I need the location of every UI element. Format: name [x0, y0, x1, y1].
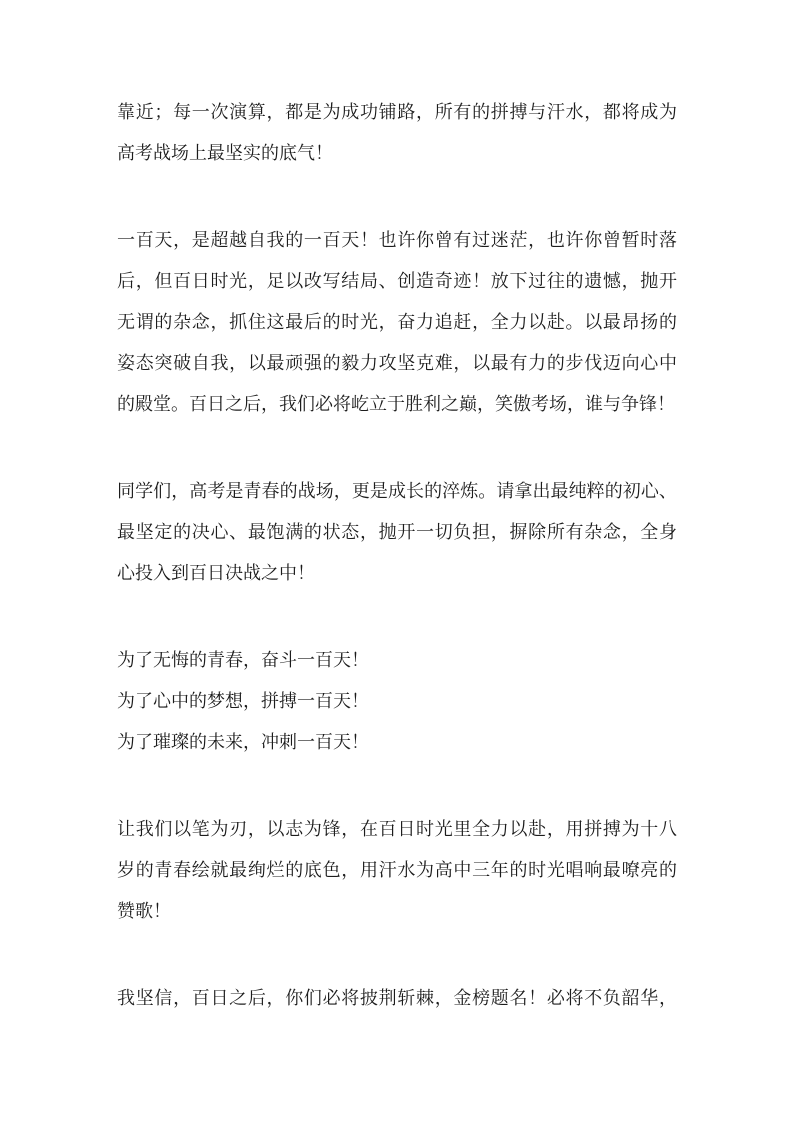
text-line: 无谓的杂念，抓住这最后的时光，奋力追赶，全力以赴。以最昂扬的	[117, 302, 677, 343]
text-line: 岁的青春绘就最绚烂的底色，用汗水为高中三年的时光唱响最嘹亮的	[117, 850, 677, 891]
paragraph-3: 同学们，高考是青春的战场，更是成长的淬炼。请拿出最纯粹的初心、 最坚定的决心、最…	[117, 471, 677, 594]
text-line: 最坚定的决心、最饱满的状态，抛开一切负担，摒除所有杂念，全身	[117, 512, 677, 553]
text-line: 一百天，是超越自我的一百天！也许你曾有过迷茫，也许你曾暂时落	[117, 220, 677, 261]
document-page: 靠近；每一次演算，都是为成功铺路，所有的拼搏与汗水，都将成为 高考战场上最坚实的…	[0, 0, 793, 1122]
text-line: 的殿堂。百日之后，我们必将屹立于胜利之巅，笑傲考场，谁与争锋！	[117, 384, 677, 425]
slogan-line: 为了璀璨的未来，冲刺一百天！	[117, 722, 677, 763]
slogan-line: 为了无悔的青春，奋斗一百天！	[117, 640, 677, 681]
slogan-line: 为了心中的梦想，拼搏一百天！	[117, 681, 677, 722]
text-line: 让我们以笔为刃，以志为锋，在百日时光里全力以赴，用拼搏为十八	[117, 809, 677, 850]
text-line: 心投入到百日决战之中！	[117, 553, 677, 594]
paragraph-2: 一百天，是超越自我的一百天！也许你曾有过迷茫，也许你曾暂时落 后，但百日时光，足…	[117, 220, 677, 425]
document-content: 靠近；每一次演算，都是为成功铺路，所有的拼搏与汗水，都将成为 高考战场上最坚实的…	[117, 92, 677, 1019]
paragraph-slogans: 为了无悔的青春，奋斗一百天！ 为了心中的梦想，拼搏一百天！ 为了璀璨的未来，冲刺…	[117, 640, 677, 763]
text-line: 后，但百日时光，足以改写结局、创造奇迹！放下过往的遗憾，抛开	[117, 261, 677, 302]
paragraph-6: 我坚信，百日之后，你们必将披荆斩棘，金榜题名！必将不负韶华，	[117, 978, 677, 1019]
text-line: 我坚信，百日之后，你们必将披荆斩棘，金榜题名！必将不负韶华，	[117, 978, 677, 1019]
text-line: 姿态突破自我，以最顽强的毅力攻坚克难，以最有力的步伐迈向心中	[117, 343, 677, 384]
text-line: 赞歌！	[117, 891, 677, 932]
text-line: 同学们，高考是青春的战场，更是成长的淬炼。请拿出最纯粹的初心、	[117, 471, 677, 512]
paragraph-5: 让我们以笔为刃，以志为锋，在百日时光里全力以赴，用拼搏为十八 岁的青春绘就最绚烂…	[117, 809, 677, 932]
text-line: 高考战场上最坚实的底气！	[117, 133, 677, 174]
text-line: 靠近；每一次演算，都是为成功铺路，所有的拼搏与汗水，都将成为	[117, 92, 677, 133]
paragraph-1: 靠近；每一次演算，都是为成功铺路，所有的拼搏与汗水，都将成为 高考战场上最坚实的…	[117, 92, 677, 174]
